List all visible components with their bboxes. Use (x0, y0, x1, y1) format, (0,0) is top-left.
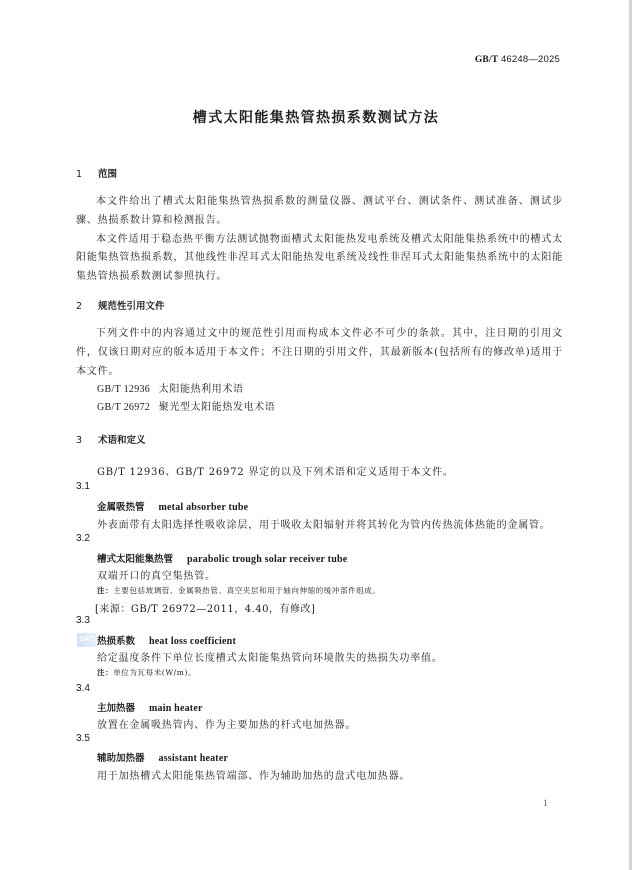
standard-number: 46248—2025 (501, 54, 560, 65)
reference-item: GB/T 12936 太阳能热利用术语 (97, 380, 244, 395)
term-definition: 双端开口的真空集热管。 (97, 567, 216, 582)
section-heading-normative-references: 2规范性引用文件 (76, 298, 165, 312)
term-heading: 辅助加热器assistant heater (97, 750, 228, 764)
paragraph: 本文件适用于稳态热平衡方法测试抛物面槽式太阳能热发电系统及槽式太阳能集热系统中的… (76, 231, 563, 287)
reference-item: GB/T 26972 聚光型太阳能热发电术语 (97, 398, 275, 413)
section-heading-scope: 1范围 (76, 166, 117, 180)
term-number: 3.5 (76, 733, 90, 744)
section-1-body: 本文件给出了槽式太阳能集热管热损系数的测量仪器、测试平台、测试条件、测试准备、测… (76, 193, 563, 287)
term-note: 注：单位为瓦每米(W/m)。 (97, 667, 196, 678)
term-number: 3.4 (76, 683, 90, 694)
terms-intro: GB/T 12936、GB/T 26972 界定的以及下列术语和定义适用于本文件… (97, 463, 454, 478)
sac-watermark-icon: SAC (77, 633, 96, 647)
paragraph: 本文件给出了槽式太阳能集热管热损系数的测量仪器、测试平台、测试条件、测试准备、测… (76, 193, 563, 231)
standard-prefix: GB/T (475, 55, 499, 65)
term-definition: 外表面带有太阳选择性吸收涂层，用于吸收太阳辐射并将其转化为管内传热流体热能的金属… (97, 516, 551, 531)
page-number: 1 (543, 798, 548, 808)
term-number: 3.3 (76, 615, 90, 626)
paragraph: 下列文件中的内容通过文中的规范性引用而构成本文件必不可少的条款。其中，注日期的引… (76, 325, 563, 381)
standard-code: GB/T 46248—2025 (475, 54, 560, 65)
term-heading: 槽式太阳能集热管parabolic trough solar receiver … (97, 551, 347, 565)
term-heading: 热损系数heat loss coefficient (97, 633, 236, 647)
term-note: 注：主要包括玻璃管、金属吸热管、真空夹层和用于轴向伸缩的缓冲部件组成。 (97, 585, 381, 596)
term-heading: 主加热器main heater (97, 700, 203, 714)
section-heading-terms-definitions: 3术语和定义 (76, 432, 146, 446)
term-definition: 放置在金属吸热管内、作为主要加热的杆式电加热器。 (97, 716, 356, 731)
term-number: 3.2 (76, 533, 90, 544)
section-2-body: 下列文件中的内容通过文中的规范性引用而构成本文件必不可少的条款。其中，注日期的引… (76, 325, 563, 381)
term-source: [来源：GB/T 26972—2011，4.40，有修改] (95, 600, 315, 615)
document-title: 槽式太阳能集热管热损系数测试方法 (0, 107, 632, 127)
term-number: 3.1 (76, 481, 90, 492)
term-definition: 给定温度条件下单位长度槽式太阳能集热管向环境散失的热损失功率值。 (97, 649, 443, 664)
term-heading: 金属吸热管metal absorber tube (97, 499, 248, 513)
term-definition: 用于加热槽式太阳能集热管端部、作为辅助加热的盘式电加热器。 (97, 767, 410, 782)
